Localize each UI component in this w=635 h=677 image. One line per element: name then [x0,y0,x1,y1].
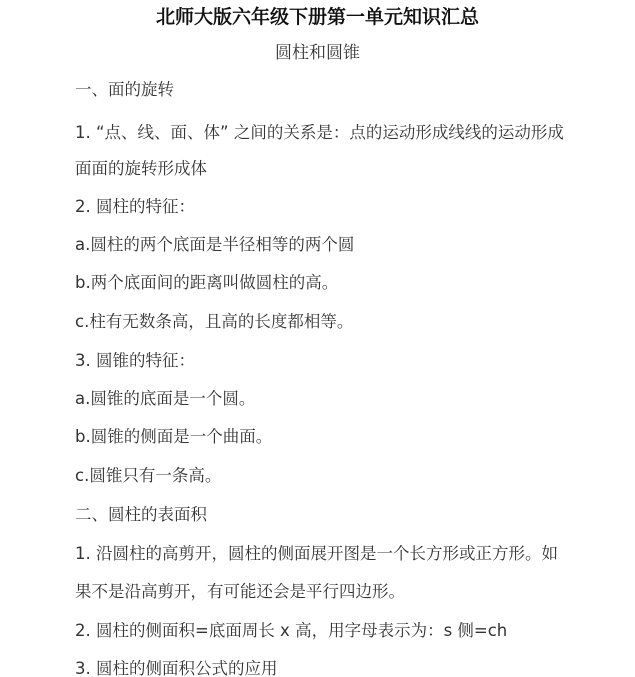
document-subtitle: 圆柱和圆锥 [0,38,635,63]
text-line: b.两个底面间的距离叫做圆柱的高。 [75,269,338,293]
subheading-cylinder-features: 2. 圆柱的特征： [75,193,195,217]
text-line: 1. “点、线、面、体” 之间的关系是：点的运动形成线线的运动形成 [75,119,564,143]
text-line: c.圆锥只有一条高。 [75,462,221,486]
text-line: 果不是沿高剪开，有可能还会是平行四边形。 [75,578,405,602]
document-title: 北师大版六年级下册第一单元知识汇总 [0,2,635,29]
text-line: 面面的旋转形成体 [75,155,207,179]
text-line: c.柱有无数条高，且高的长度都相等。 [75,308,353,332]
text-line: 1. 沿圆柱的高剪开，圆柱的侧面展开图是一个长方形或正方形。如 [75,540,558,564]
text-line: a.圆柱的两个底面是半径相等的两个圆 [75,231,354,255]
text-line: 2. 圆柱的侧面积=底面周长 x 高，用字母表示为：s 侧=ch [75,617,507,641]
text-line: a.圆锥的底面是一个圆。 [75,385,255,409]
section-heading-rotation: 一、面的旋转 [75,76,174,100]
text-line: 3. 圆柱的侧面积公式的应用 [75,655,278,677]
subheading-cone-features: 3. 圆锥的特征： [75,347,195,371]
text-line: b.圆锥的侧面是一个曲面。 [75,423,272,447]
section-heading-surface-area: 二、圆柱的表面积 [75,501,207,525]
